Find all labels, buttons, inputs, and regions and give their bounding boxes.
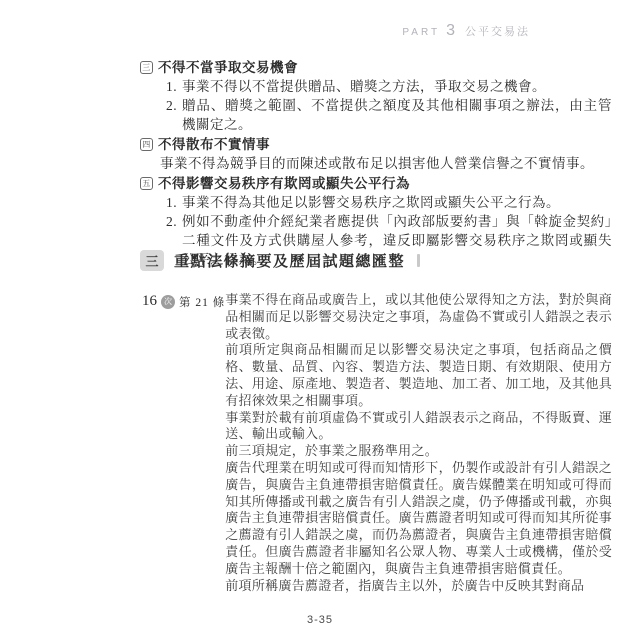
page-number: 3-35 [0,614,640,626]
list-item-body: 事業不得為競爭目的而陳述或散布足以損害他人營業信譽之不實情事。 [160,154,612,173]
item-number: 2. [166,96,182,134]
part-number: 3 [446,22,455,40]
boxed-number-marker: 五 [140,177,153,190]
list-item-title: 不得散布不實情事 [158,135,270,154]
list-item-title-row: 五 不得影響交易秩序有欺罔或顯失公平行為 [140,174,612,193]
numbered-item: 1. 事業不得以不當提供贈品、贈獎之方法，爭取交易之機會。 [166,77,612,96]
item-text: 事業不得以不當提供贈品、贈獎之方法，爭取交易之機會。 [182,77,612,96]
list-item: 四 不得散布不實情事 事業不得為競爭目的而陳述或散布足以損害他人營業信譽之不實情… [140,135,612,173]
item-number: 1. [166,193,182,212]
section-tick-decoration [417,254,420,267]
article-number: 第 21 條 [179,294,225,310]
part-word: PART [402,27,440,38]
list-item-title: 不得影響交易秩序有欺罔或顯失公平行為 [158,174,410,193]
item-paragraph: 事業不得為競爭目的而陳述或散布足以損害他人營業信譽之不實情事。 [160,154,612,173]
part-title: 公平交易法 [465,23,530,39]
numbered-item: 1. 事業不得為其他足以影響交易秩序之欺罔或顯失公平之行為。 [166,193,612,212]
times-circle-icon: 次 [161,295,175,309]
list-item-body: 1. 事業不得以不當提供贈品、贈獎之方法，爭取交易之機會。 2. 贈品、贈獎之範… [160,77,612,134]
list-item-title-row: 四 不得散布不實情事 [140,135,612,154]
law-article: 16 次 第 21 條 事業不得在商品或廣告上，或以其他使公眾得知之方法，對於與… [142,292,612,594]
item-number: 1. [166,77,182,96]
article-text: 事業不得在商品或廣告上，或以其他使公眾得知之方法，對於與商品相關而足以影響交易決… [225,292,612,594]
article-paragraph: 事業不得在商品或廣告上，或以其他使公眾得知之方法，對於與商品相關而足以影響交易決… [225,292,612,342]
boxed-number-marker: 四 [140,138,153,151]
article-reference: 16 次 第 21 條 [142,292,225,310]
outline-list: 三 不得不當爭取交易機會 1. 事業不得以不當提供贈品、贈獎之方法，爭取交易之機… [140,58,612,270]
running-head: PART 3 公平交易法 [402,22,530,40]
article-paragraph: 前項所稱廣告薦證者，指廣告主以外，於廣告中反映其對商品 [225,578,612,595]
boxed-number-marker: 三 [140,61,153,74]
book-page: PART 3 公平交易法 三 不得不當爭取交易機會 1. 事業不得以不當提供贈品… [0,0,640,640]
list-item: 三 不得不當爭取交易機會 1. 事業不得以不當提供贈品、贈獎之方法，爭取交易之機… [140,58,612,134]
list-item-title: 不得不當爭取交易機會 [158,58,298,77]
article-paragraph: 廣告代理業在明知或可得而知情形下，仍製作或設計有引人錯誤之廣告，與廣告主負連帶損… [225,460,612,578]
article-paragraph: 事業對於載有前項虛偽不實或引人錯誤表示之商品，不得販賣、運送、輸出或輸入。 [225,410,612,444]
list-item-title-row: 三 不得不當爭取交易機會 [140,58,612,77]
item-text: 事業不得為其他足以影響交易秩序之欺罔或顯失公平之行為。 [182,193,612,212]
section-title: 重點法條摘要及歷屆試題總匯整 [174,250,405,271]
section-number-badge: 三 [140,250,164,271]
item-text: 贈品、贈獎之範圍、不當提供之額度及其他相關事項之辦法，由主管機關定之。 [182,96,612,134]
section-heading: 三 重點法條摘要及歷屆試題總匯整 [140,250,612,271]
exam-count: 16 [142,293,157,310]
article-paragraph: 前三項規定，於事業之服務準用之。 [225,443,612,460]
article-paragraph: 前項所定與商品相關而足以影響交易決定之事項，包括商品之價格、數量、品質、內容、製… [225,342,612,409]
numbered-item: 2. 贈品、贈獎之範圍、不當提供之額度及其他相關事項之辦法，由主管機關定之。 [166,96,612,134]
